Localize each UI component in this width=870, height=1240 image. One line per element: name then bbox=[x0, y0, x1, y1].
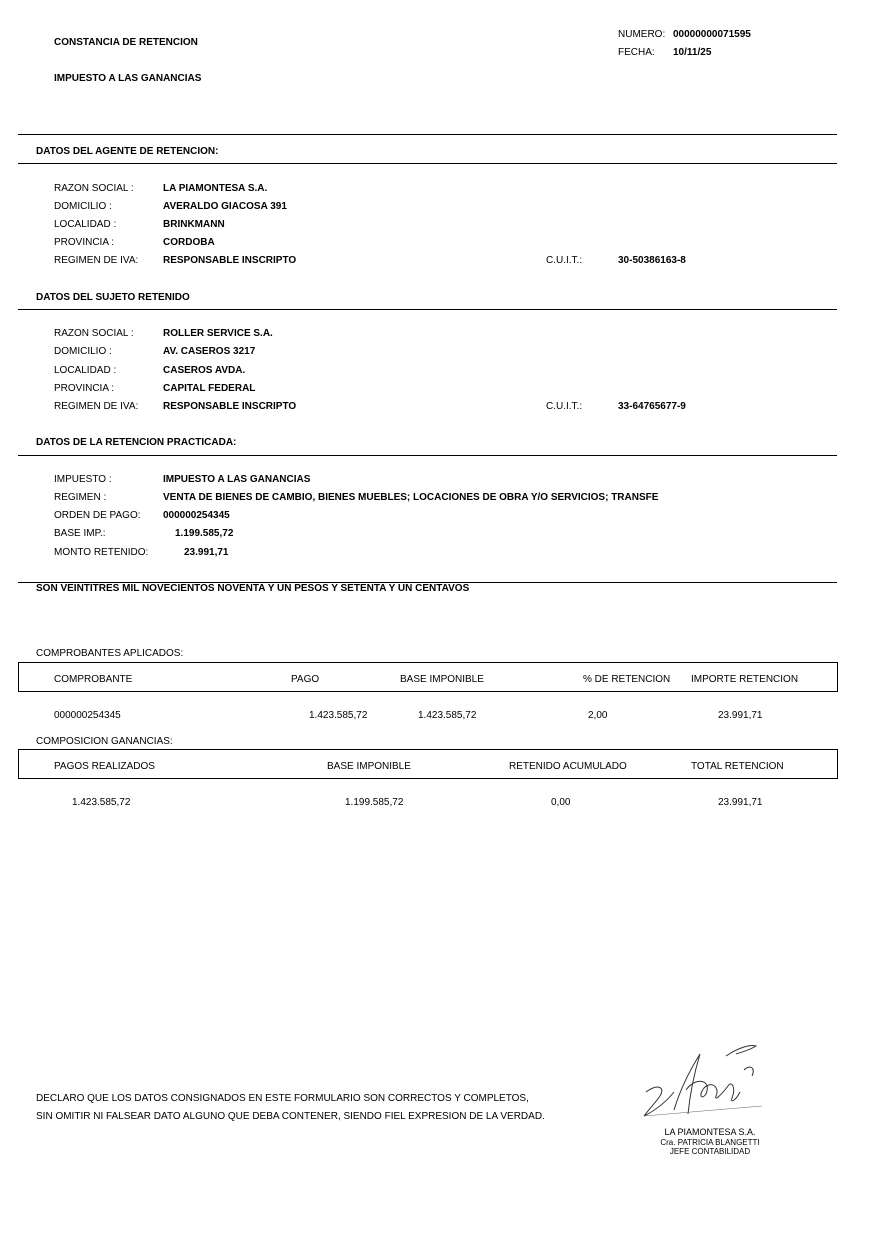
col-retenido-acumulado: RETENIDO ACUMULADO bbox=[509, 761, 627, 772]
col-porcentaje-retencion: % DE RETENCION bbox=[583, 674, 670, 685]
agente-regimen-iva-label: REGIMEN DE IVA: bbox=[54, 255, 138, 266]
amount-in-words: SON VEINTITRES MIL NOVECIENTOS NOVENTA Y… bbox=[36, 583, 469, 594]
signature-role: JEFE CONTABILIDAD bbox=[640, 1147, 780, 1156]
numero-label: NUMERO: bbox=[618, 29, 665, 40]
document-subtitle: IMPUESTO A LAS GANANCIAS bbox=[54, 73, 201, 84]
sujeto-localidad-label: LOCALIDAD : bbox=[54, 365, 116, 376]
agente-provincia-label: PROVINCIA : bbox=[54, 237, 114, 248]
sujeto-provincia: CAPITAL FEDERAL bbox=[163, 383, 255, 394]
col-pagos-realizados: PAGOS REALIZADOS bbox=[54, 761, 155, 772]
divider bbox=[18, 134, 837, 135]
signature-scribble-icon bbox=[640, 1040, 780, 1120]
sujeto-domicilio: AV. CASEROS 3217 bbox=[163, 346, 255, 357]
signature-name: Cra. PATRICIA BLANGETTI bbox=[640, 1138, 780, 1147]
agente-localidad: BRINKMANN bbox=[163, 219, 225, 230]
agente-domicilio: AVERALDO GIACOSA 391 bbox=[163, 201, 287, 212]
signature-company: LA PIAMONTESA S.A. bbox=[640, 1128, 780, 1137]
agente-section-title: DATOS DEL AGENTE DE RETENCION: bbox=[36, 146, 218, 157]
composicion-section-title: COMPOSICION GANANCIAS: bbox=[36, 736, 173, 747]
declaration-line-2: SIN OMITIR NI FALSEAR DATO ALGUNO QUE DE… bbox=[36, 1111, 545, 1122]
sujeto-cuit-label: C.U.I.T.: bbox=[546, 401, 582, 412]
monto-retenido-value: 23.991,71 bbox=[184, 547, 229, 558]
agente-regimen-iva: RESPONSABLE INSCRIPTO bbox=[163, 255, 296, 266]
agente-cuit: 30-50386163-8 bbox=[618, 255, 686, 266]
divider bbox=[18, 455, 837, 456]
cell-comprobante: 000000254345 bbox=[54, 710, 121, 721]
orden-pago-value: 000000254345 bbox=[163, 510, 230, 521]
impuesto-value: IMPUESTO A LAS GANANCIAS bbox=[163, 474, 310, 485]
cell-pagos-realizados: 1.423.585,72 bbox=[72, 797, 130, 808]
sujeto-domicilio-label: DOMICILIO : bbox=[54, 346, 112, 357]
monto-retenido-label: MONTO RETENIDO: bbox=[54, 547, 148, 558]
cell-total-retencion: 23.991,71 bbox=[718, 797, 763, 808]
agente-razon-social-label: RAZON SOCIAL : bbox=[54, 183, 134, 194]
regimen-label: REGIMEN : bbox=[54, 492, 106, 503]
agente-provincia: CORDOBA bbox=[163, 237, 215, 248]
orden-pago-label: ORDEN DE PAGO: bbox=[54, 510, 141, 521]
agente-razon-social: LA PIAMONTESA S.A. bbox=[163, 183, 267, 194]
divider bbox=[18, 309, 837, 310]
numero-value: 00000000071595 bbox=[673, 29, 751, 40]
fecha-value: 10/11/25 bbox=[673, 47, 711, 58]
col-total-retencion: TOTAL RETENCION bbox=[691, 761, 784, 772]
sujeto-razon-social: ROLLER SERVICE S.A. bbox=[163, 328, 273, 339]
agente-domicilio-label: DOMICILIO : bbox=[54, 201, 112, 212]
col-base-imponible: BASE IMPONIBLE bbox=[327, 761, 411, 772]
base-imp-label: BASE IMP.: bbox=[54, 528, 106, 539]
cell-pago: 1.423.585,72 bbox=[309, 710, 367, 721]
col-comprobante: COMPROBANTE bbox=[54, 674, 132, 685]
cell-importe: 23.991,71 bbox=[718, 710, 763, 721]
sujeto-regimen-iva-label: REGIMEN DE IVA: bbox=[54, 401, 138, 412]
sujeto-section-title: DATOS DEL SUJETO RETENIDO bbox=[36, 292, 190, 303]
col-pago: PAGO bbox=[291, 674, 319, 685]
regimen-value: VENTA DE BIENES DE CAMBIO, BIENES MUEBLE… bbox=[163, 492, 658, 503]
sujeto-regimen-iva: RESPONSABLE INSCRIPTO bbox=[163, 401, 296, 412]
col-base-imponible: BASE IMPONIBLE bbox=[400, 674, 484, 685]
sujeto-localidad: CASEROS AVDA. bbox=[163, 365, 245, 376]
comprobantes-section-title: COMPROBANTES APLICADOS: bbox=[36, 648, 183, 659]
base-imp-value: 1.199.585,72 bbox=[175, 528, 233, 539]
cell-base-imponible: 1.199.585,72 bbox=[345, 797, 403, 808]
agente-localidad-label: LOCALIDAD : bbox=[54, 219, 116, 230]
document-title: CONSTANCIA DE RETENCION bbox=[54, 37, 198, 48]
divider bbox=[18, 163, 837, 164]
sujeto-razon-social-label: RAZON SOCIAL : bbox=[54, 328, 134, 339]
cell-retenido-acumulado: 0,00 bbox=[551, 797, 570, 808]
impuesto-label: IMPUESTO : bbox=[54, 474, 112, 485]
retencion-section-title: DATOS DE LA RETENCION PRACTICADA: bbox=[36, 437, 236, 448]
sujeto-cuit: 33-64765677-9 bbox=[618, 401, 686, 412]
fecha-label: FECHA: bbox=[618, 47, 655, 58]
sujeto-provincia-label: PROVINCIA : bbox=[54, 383, 114, 394]
declaration-line-1: DECLARO QUE LOS DATOS CONSIGNADOS EN EST… bbox=[36, 1093, 529, 1104]
agente-cuit-label: C.U.I.T.: bbox=[546, 255, 582, 266]
col-importe-retencion: IMPORTE RETENCION bbox=[691, 674, 798, 685]
signature-block: LA PIAMONTESA S.A. Cra. PATRICIA BLANGET… bbox=[640, 1040, 780, 1160]
cell-base-imponible: 1.423.585,72 bbox=[418, 710, 476, 721]
cell-porcentaje: 2,00 bbox=[588, 710, 607, 721]
